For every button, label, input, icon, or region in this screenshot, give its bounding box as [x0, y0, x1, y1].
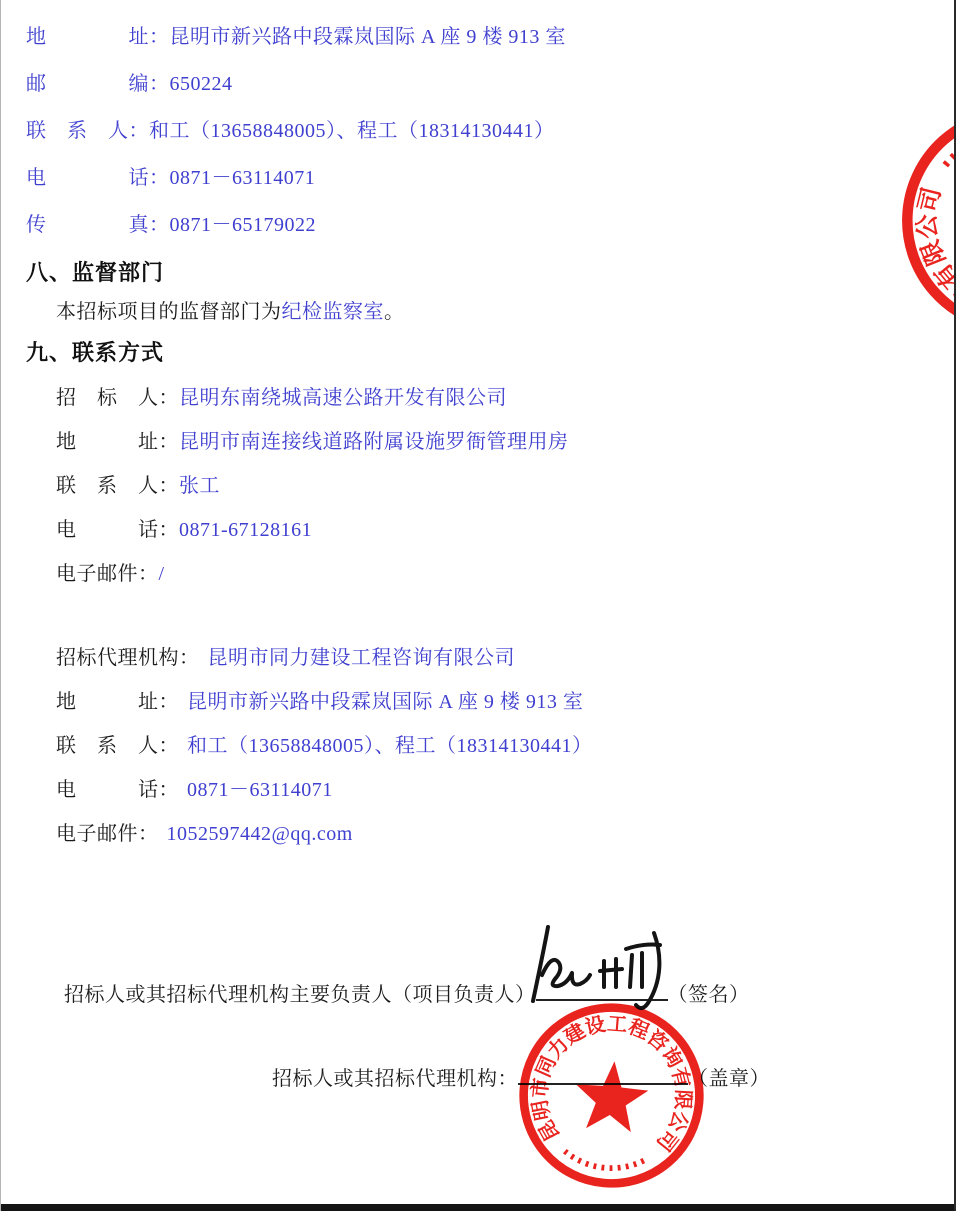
contact-row: 传 真：0871－65179022	[26, 214, 954, 236]
field-label: 招 标 人：	[56, 387, 179, 409]
contact-row: 联 系 人：和工（13658848005）、程工（18314130441）	[56, 735, 954, 757]
signature-line-label: 招标人或其招标代理机构主要负责人（项目负责人）	[64, 984, 536, 1006]
field-value: 昆明东南绕城高速公路开发有限公司	[179, 387, 507, 409]
page-bottom-border	[1, 1204, 954, 1211]
org-line-suffix: （盖章）	[688, 1068, 770, 1090]
field-value: 0871－63114071	[179, 779, 333, 801]
handwritten-signature	[526, 919, 684, 1015]
document-content: 地 址：昆明市新兴路中段霖岚国际 A 座 9 楼 913 室 邮 编：65022…	[1, 0, 954, 1091]
contact-row: 电 话：0871-67128161	[56, 519, 954, 541]
document-page: 地 址：昆明市新兴路中段霖岚国际 A 座 9 楼 913 室 邮 编：65022…	[0, 0, 956, 1211]
field-label: 地 址：	[56, 431, 179, 453]
section8-heading: 八、监督部门	[26, 261, 954, 285]
org-underline	[518, 1078, 688, 1085]
field-value: 昆明市新兴路中段霖岚国际 A 座 9 楼 913 室	[170, 26, 566, 48]
field-label: 电 话：	[26, 167, 170, 189]
contact-row: 地 址：昆明市新兴路中段霖岚国际 A 座 9 楼 913 室	[56, 691, 954, 713]
field-value: /	[159, 563, 165, 585]
field-value: 昆明市南连接线道路附属设施罗衙管理用房	[179, 431, 569, 453]
contact-row: 电子邮件：1052597442@qq.com	[56, 823, 954, 845]
contact-row: 电 话：0871－63114071	[26, 167, 954, 189]
field-label: 联 系 人：	[56, 735, 179, 757]
org-seal-line: 招标人或其招标代理机构：（盖章）	[272, 1067, 954, 1091]
section9-heading: 九、联系方式	[26, 341, 954, 365]
section8-highlight: 纪检监察室	[282, 301, 385, 323]
contact-row: 地 址：昆明市新兴路中段霖岚国际 A 座 9 楼 913 室	[26, 26, 954, 48]
field-label: 招标代理机构：	[56, 647, 200, 669]
contact-row: 邮 编：650224	[26, 73, 954, 95]
top-contact-block: 地 址：昆明市新兴路中段霖岚国际 A 座 9 楼 913 室 邮 编：65022…	[26, 26, 954, 236]
field-label: 地 址：	[26, 26, 170, 48]
signature-underline	[536, 994, 668, 1001]
field-label: 电 话：	[56, 779, 179, 801]
field-value: 昆明市同力建设工程咨询有限公司	[200, 647, 516, 669]
org-line-label: 招标人或其招标代理机构：	[272, 1068, 518, 1090]
field-value: 0871－63114071	[170, 167, 316, 189]
section8-paragraph: 本招标项目的监督部门为纪检监察室。	[56, 301, 954, 323]
field-label: 传 真：	[26, 214, 170, 236]
contact-row: 招 标 人：昆明东南绕城高速公路开发有限公司	[56, 387, 954, 409]
contact-row: 电 话：0871－63114071	[56, 779, 954, 801]
field-value: 0871－65179022	[170, 214, 317, 236]
field-label: 联 系 人：	[56, 475, 179, 497]
contact-row: 电子邮件：/	[56, 563, 954, 585]
field-value: 650224	[170, 73, 233, 95]
contact-row: 联 系 人：和工（13658848005）、程工（18314130441）	[26, 120, 954, 142]
field-value: 昆明市新兴路中段霖岚国际 A 座 9 楼 913 室	[179, 691, 583, 713]
field-label: 邮 编：	[26, 73, 170, 95]
section8-period: 。	[384, 301, 405, 323]
field-label: 电子邮件：	[56, 563, 159, 585]
field-value: 张工	[179, 475, 220, 497]
contact-row: 联 系 人：张工	[56, 475, 954, 497]
field-label: 联 系 人：	[26, 120, 149, 142]
contact-row: 地 址：昆明市南连接线道路附属设施罗衙管理用房	[56, 431, 954, 453]
contact-row: 招标代理机构：昆明市同力建设工程咨询有限公司	[56, 647, 954, 669]
field-label: 电 话：	[56, 519, 179, 541]
section9-block: 招 标 人：昆明东南绕城高速公路开发有限公司 地 址：昆明市南连接线道路附属设施…	[26, 387, 954, 845]
signature-line: 招标人或其招标代理机构主要负责人（项目负责人） （签名）	[64, 983, 954, 1007]
section8-text: 本招标项目的监督部门为	[56, 301, 282, 323]
field-value: 和工（13658848005）、程工（18314130441）	[149, 120, 555, 142]
field-value: 和工（13658848005）、程工（18314130441）	[179, 735, 593, 757]
field-value: 1052597442@qq.com	[159, 823, 353, 845]
field-label: 电子邮件：	[56, 823, 159, 845]
field-value: 0871-67128161	[179, 519, 312, 541]
field-label: 地 址：	[56, 691, 179, 713]
